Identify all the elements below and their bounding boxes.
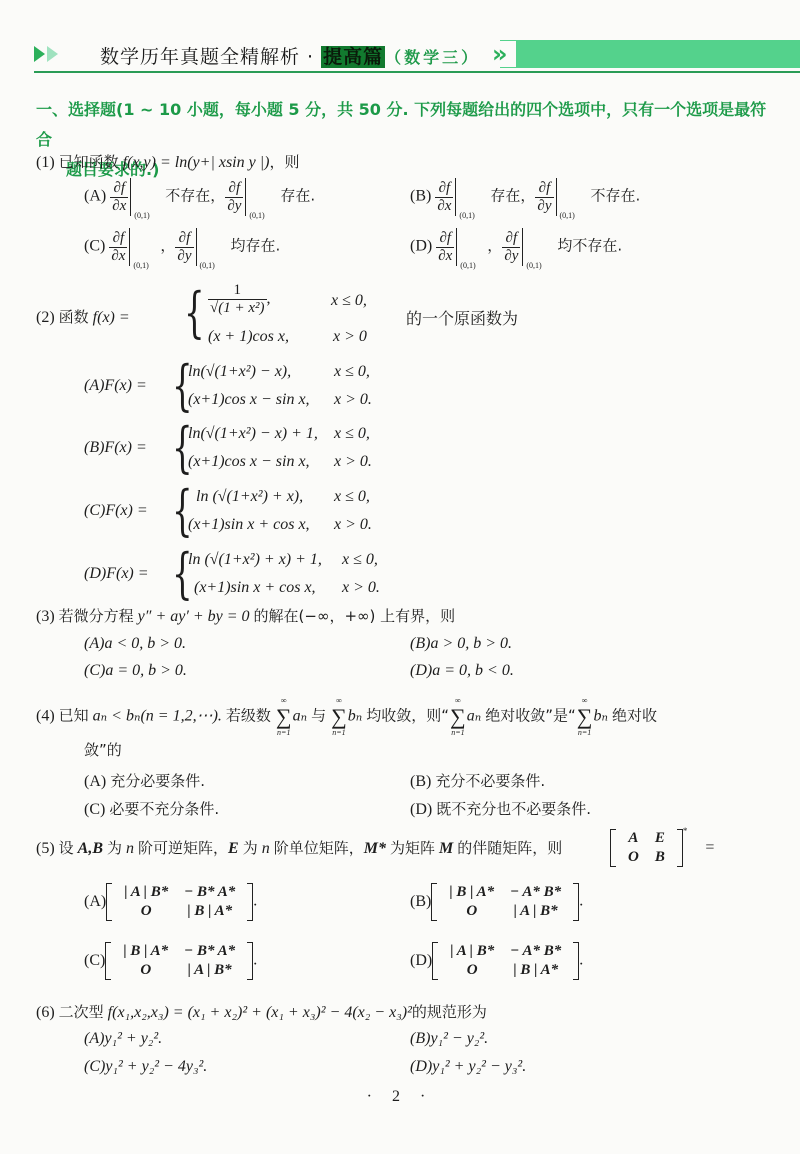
option-label: (D) (410, 662, 432, 679)
question-1-option-a: (A) ∂f∂x(0,1) 不存在，∂f∂y(0,1) 存在. (84, 178, 315, 216)
fraction: 1√(1 + x²) (208, 282, 267, 317)
triangle-icon (34, 46, 45, 62)
matrix-cell: A (620, 829, 647, 848)
question-3-option-b: (B)a > 0, b > 0. (410, 635, 512, 653)
option-text: ， (487, 237, 502, 255)
stem-text: 若微分方程 (59, 607, 134, 625)
case-1-condition: x ≤ 0, (334, 425, 370, 443)
question-6-option-c: (C)y₁² + y₂² − 4y₃². (84, 1058, 207, 1076)
eval-point: (0,1) (560, 211, 575, 220)
summation: ∞∑n=1 (450, 696, 466, 738)
stem-text: 设 (59, 839, 74, 857)
case-1-condition: x ≤ 0, (334, 488, 370, 506)
book-title: 数学历年真题全精解析 · 提高篇（数学三） (100, 42, 480, 69)
question-6-option-d: (D)y₁² + y₂² − y₃². (410, 1058, 526, 1076)
stem-text: 绝对收敛”是“ (485, 707, 576, 725)
matrix-cell: O (442, 961, 502, 980)
option-label: (B)F(x) = (84, 439, 147, 457)
option-label: (D) (410, 1058, 432, 1075)
term: bₙ (348, 708, 362, 725)
stem-math: aₙ < bₙ(n = 1,2,⋯). (93, 708, 222, 725)
question-3-option-a: (A)a < 0, b > 0. (84, 635, 186, 653)
question-number: (5) (36, 840, 55, 857)
option-label: (B) (410, 188, 431, 205)
question-3-stem: (3) 若微分方程 y″ + ay′ + by = 0 的解在(−∞，+∞) 上… (36, 606, 455, 627)
matrix-cell: O (116, 902, 176, 921)
option-label: (B) (410, 635, 430, 652)
term: aₙ (467, 708, 481, 725)
partial-fx: ∂f∂x (436, 230, 454, 265)
sum-lower: n=1 (276, 728, 292, 738)
option-label: (A) (84, 893, 106, 910)
section-heading-line1: 一、选择题(1 ~ 10 小题，每小题 5 分，共 50 分. 下列每题给出的四… (36, 100, 766, 149)
option-text: ， (160, 237, 175, 255)
option-label: (D) (410, 238, 432, 255)
eval-bar: (0,1) (130, 178, 161, 216)
matrix-cell: | A | B* (176, 961, 243, 980)
question-2-option-b: (B)F(x) = { ln(√(1+x²) − x) + 1, x ≤ 0, … (84, 425, 504, 477)
header-rule (34, 71, 800, 73)
option-text: 既不充分也不必要条件. (436, 800, 591, 818)
book-title-main: 数学历年真题全精解析 · (100, 46, 321, 68)
case-2-condition: x > 0. (334, 391, 372, 409)
option-label: (C) (84, 1058, 105, 1075)
partial-fx: ∂f∂x (435, 180, 453, 215)
question-4-option-a: (A) 充分必要条件. (84, 770, 205, 791)
case-1-condition: x ≤ 0, (342, 551, 378, 569)
textbook-page: » 数学历年真题全精解析 · 提高篇（数学三） 一、选择题(1 ~ 10 小题，… (0, 0, 800, 1154)
numerator: 1 (208, 282, 267, 300)
matrix-cell: | A | B* (442, 942, 502, 961)
case-2: (x+1)cos x − sin x, (188, 391, 310, 409)
eval-bar: (0,1) (456, 228, 487, 266)
matrix-cell: | B | A* (176, 902, 243, 921)
partial-fx: ∂f∂x (109, 230, 127, 265)
option-matrix: | A | B*− A* B* O| B | A* (432, 942, 579, 980)
question-2-option-c: (C)F(x) = { ln (√(1+x²) + x), x ≤ 0, (x+… (84, 488, 504, 540)
stem-math: E (228, 840, 239, 857)
eval-point: (0,1) (134, 211, 149, 220)
option-text: y₁² − y₂². (430, 1030, 488, 1047)
option-label: (D) (410, 801, 432, 818)
stem-text: 二次型 (59, 1003, 104, 1021)
option-label: (C) (84, 238, 105, 255)
matrix-cell: O (441, 902, 502, 921)
question-1-option-b: (B) ∂f∂x(0,1) 存在，∂f∂y(0,1) 不存在. (410, 178, 640, 216)
option-label: (B) (410, 893, 431, 910)
option-text: 存在， (490, 187, 535, 205)
partial-fx: ∂f∂x (110, 180, 128, 215)
option-label: (B) (410, 773, 431, 790)
option-text: a > 0, b > 0. (430, 635, 512, 652)
question-4-option-b: (B) 充分不必要条件. (410, 770, 545, 791)
option-text: 充分不必要条件. (435, 772, 545, 790)
question-6-option-b: (B)y₁² − y₂². (410, 1030, 488, 1048)
option-label: (A)F(x) = (84, 377, 147, 395)
matrix-cell: | B | A* (441, 883, 502, 902)
eval-point: (0,1) (460, 261, 475, 270)
option-matrix: | B | A*− A* B* O| A | B* (431, 883, 579, 921)
question-number: (2) (36, 309, 55, 326)
question-2-stem: (2) 函数 f(x) = { 1√(1 + x²), x ≤ 0, (x + … (36, 282, 636, 352)
stem-math: n (262, 840, 270, 857)
question-5-stem-matrix: AE OB * = (610, 826, 714, 867)
partial-fy: ∂f∂y (502, 230, 520, 265)
option-label: (D) (410, 952, 432, 969)
stem-text: 已知 (59, 707, 89, 725)
case-2: (x+1)sin x + cos x, (188, 516, 310, 534)
term: aₙ (293, 708, 307, 725)
sum-lower: n=1 (577, 728, 593, 738)
denominator: √(1 + x²) (208, 300, 267, 317)
question-3-option-c: (C)a = 0, b > 0. (84, 662, 187, 680)
sum-lower: n=1 (450, 728, 466, 738)
question-2-option-d: (D)F(x) = { ln (√(1+x²) + x) + 1, x ≤ 0,… (84, 551, 504, 603)
eval-point: (0,1) (459, 211, 474, 220)
option-matrix: | B | A*− B* A* O| A | B* (105, 942, 253, 980)
page-number: · 2 · (0, 1088, 800, 1106)
stem-text: 阶可逆矩阵， (138, 839, 228, 857)
matrix-cell: O (115, 961, 176, 980)
option-text: a = 0, b < 0. (432, 662, 514, 679)
question-4-option-c: (C) 必要不充分条件. (84, 798, 219, 819)
stem-math: f(x) = (93, 309, 130, 326)
double-chevron-icon: » (492, 41, 516, 67)
case-2-condition: x > 0. (334, 516, 372, 534)
matrix-cell: O (620, 848, 647, 867)
question-number: (6) (36, 1004, 55, 1021)
question-1-stem: (1) 已知函数 f(x,y) = ln(y+| xsin y |)，则 (36, 152, 299, 173)
option-text: 均存在. (231, 237, 281, 255)
matrix-cell: E (647, 829, 673, 848)
option-label: (C) (84, 952, 105, 969)
stem-text: 的伴随矩阵，则 (457, 839, 562, 857)
option-text: y₁² + y₂² − 4y₃². (105, 1058, 207, 1075)
option-text: 均不存在. (557, 237, 622, 255)
header-green-band (500, 40, 800, 68)
stem-text: 的规范形为 (412, 1003, 487, 1021)
option-label: (A) (84, 635, 104, 652)
question-4-option-d: (D) 既不充分也不必要条件. (410, 798, 591, 819)
option-label: (B) (410, 1030, 430, 1047)
term: bₙ (593, 708, 607, 725)
case-1: ln (√(1+x²) + x), (196, 488, 303, 506)
question-number: (3) (36, 608, 55, 625)
matrix-cell: − B* A* (176, 942, 243, 961)
stem-text: 的解在(−∞，+∞) 上有界，则 (254, 607, 456, 625)
matrix-cell: B (647, 848, 673, 867)
option-text: a < 0, b > 0. (104, 635, 186, 652)
matrix-cell: | B | A* (502, 961, 569, 980)
question-number: (1) (36, 154, 55, 171)
block-matrix: AE OB (610, 829, 683, 867)
page-header: » 数学历年真题全精解析 · 提高篇（数学三） (34, 40, 800, 70)
stem-text: 阶单位矩阵， (274, 839, 364, 857)
stem-text: (2) 函数 f(x) = (36, 306, 130, 327)
stem-math: M (439, 840, 453, 857)
stem-text: 若级数 (226, 707, 271, 725)
question-2-option-a: (A)F(x) = { ln(√(1+x²) − x), x ≤ 0, (x+1… (84, 363, 504, 415)
case-1: ln (√(1+x²) + x) + 1, (188, 551, 322, 569)
option-text: 不存在. (591, 187, 641, 205)
stem-text: 为 (243, 839, 258, 857)
matrix-cell: − A* B* (502, 883, 569, 902)
case-1: 1√(1 + x²), (208, 282, 271, 317)
option-text: 充分必要条件. (110, 772, 205, 790)
question-number: (4) (36, 708, 55, 725)
matrix-cell: | B | A* (115, 942, 176, 961)
matrix-cell: | A | B* (116, 883, 176, 902)
case-2-condition: x > 0. (342, 579, 380, 597)
stem-text: 均收敛，则“ (366, 707, 449, 725)
option-label: (A) (84, 1030, 104, 1047)
option-label: (A) (84, 188, 106, 205)
stem-math: A,B (78, 840, 103, 857)
sum-lower: n=1 (331, 728, 347, 738)
eval-point: (0,1) (249, 211, 264, 220)
stem-text: 为矩阵 (390, 839, 435, 857)
stem-text: 的一个原函数为 (406, 306, 518, 329)
question-4-stem: (4) 已知 aₙ < bₙ(n = 1,2,⋯). 若级数 ∞∑n=1aₙ 与… (36, 696, 657, 738)
question-5-option-c: (C) | B | A*− B* A* O| A | B*. (84, 942, 257, 980)
summation: ∞∑n=1 (577, 696, 593, 738)
case-1-condition: x ≤ 0, (331, 292, 367, 310)
case-1: ln(√(1+x²) − x), (188, 363, 291, 381)
option-label: (A) (84, 773, 106, 790)
stem-text: 与 (311, 707, 326, 725)
equals-sign: = (705, 839, 714, 856)
option-text: 存在. (280, 187, 315, 205)
partial-fy: ∂f∂y (535, 180, 553, 215)
stem-math: y″ + ay′ + by = 0 (138, 608, 250, 625)
case-2: (x+1)cos x − sin x, (188, 453, 310, 471)
adjugate-star: * (683, 826, 688, 836)
eval-bar: (0,1) (196, 228, 227, 266)
eval-bar: (0,1) (556, 178, 587, 216)
stem-math: n (126, 840, 134, 857)
stem-text: 为 (107, 839, 122, 857)
option-label: (D)F(x) = (84, 565, 149, 583)
question-5-option-d: (D) | A | B*− A* B* O| B | A*. (410, 942, 583, 980)
case-2-condition: x > 0 (333, 328, 367, 346)
stem-text: 已知函数 (59, 153, 119, 171)
option-text: a = 0, b > 0. (105, 662, 187, 679)
eval-point: (0,1) (133, 261, 148, 270)
case-1-condition: x ≤ 0, (334, 363, 370, 381)
question-4-stem-line2: 敛”的 (84, 740, 122, 760)
brace: { (184, 286, 205, 340)
option-text: 不存在， (165, 187, 225, 205)
book-subject: （数学三） (385, 48, 480, 67)
matrix-cell: − A* B* (502, 942, 569, 961)
stem-math: f(x₁,x₂,x₃) = (x₁ + x₂)² + (x₁ + x₃)² − … (108, 1004, 412, 1021)
option-label: (C) (84, 801, 105, 818)
case-2-condition: x > 0. (334, 453, 372, 471)
question-1-option-d: (D) ∂f∂x(0,1)，∂f∂y(0,1) 均不存在. (410, 228, 622, 266)
eval-point: (0,1) (526, 261, 541, 270)
option-text: y₁² + y₂² − y₃². (432, 1058, 526, 1075)
double-triangle-icon (34, 46, 64, 62)
stem-math: f(x,y) = ln(y+| xsin y |) (123, 154, 270, 171)
partial-fy: ∂f∂y (225, 180, 243, 215)
option-text: y₁² + y₂². (104, 1030, 162, 1047)
option-label: (C) (84, 662, 105, 679)
triangle-icon (47, 46, 58, 62)
eval-bar: (0,1) (522, 228, 553, 266)
case-2: (x + 1)cos x, (208, 328, 289, 346)
matrix-cell: − B* A* (176, 883, 243, 902)
option-text: 必要不充分条件. (109, 800, 219, 818)
summation: ∞∑n=1 (331, 696, 347, 738)
eval-bar: (0,1) (245, 178, 276, 216)
eval-bar: (0,1) (129, 228, 160, 266)
case-1: ln(√(1+x²) − x) + 1, (188, 425, 318, 443)
question-6-stem: (6) 二次型 f(x₁,x₂,x₃) = (x₁ + x₂)² + (x₁ +… (36, 1002, 487, 1023)
question-5-option-a: (A) | A | B*− B* A* O| B | A*. (84, 883, 257, 921)
question-1-option-c: (C) ∂f∂x(0,1)，∂f∂y(0,1) 均存在. (84, 228, 280, 266)
question-3-option-d: (D)a = 0, b < 0. (410, 662, 514, 680)
stem-text: 函数 (59, 308, 89, 326)
summation: ∞∑n=1 (276, 696, 292, 738)
option-matrix: | A | B*− B* A* O| B | A* (106, 883, 253, 921)
eval-point: (0,1) (200, 261, 215, 270)
partial-fy: ∂f∂y (175, 230, 193, 265)
matrix-cell: | A | B* (502, 902, 569, 921)
book-volume-badge: 提高篇 (321, 46, 385, 68)
stem-text: 绝对收 (612, 707, 657, 725)
stem-math: M* (364, 840, 386, 857)
case-2: (x+1)sin x + cos x, (194, 579, 316, 597)
stem-text: ，则 (269, 153, 299, 171)
question-5-stem: (5) 设 A,B 为 n 阶可逆矩阵，E 为 n 阶单位矩阵，M* 为矩阵 M… (36, 838, 562, 859)
option-label: (C)F(x) = (84, 502, 148, 520)
eval-bar: (0,1) (455, 178, 486, 216)
question-5-option-b: (B) | B | A*− A* B* O| A | B*. (410, 883, 583, 921)
question-6-option-a: (A)y₁² + y₂². (84, 1030, 162, 1048)
